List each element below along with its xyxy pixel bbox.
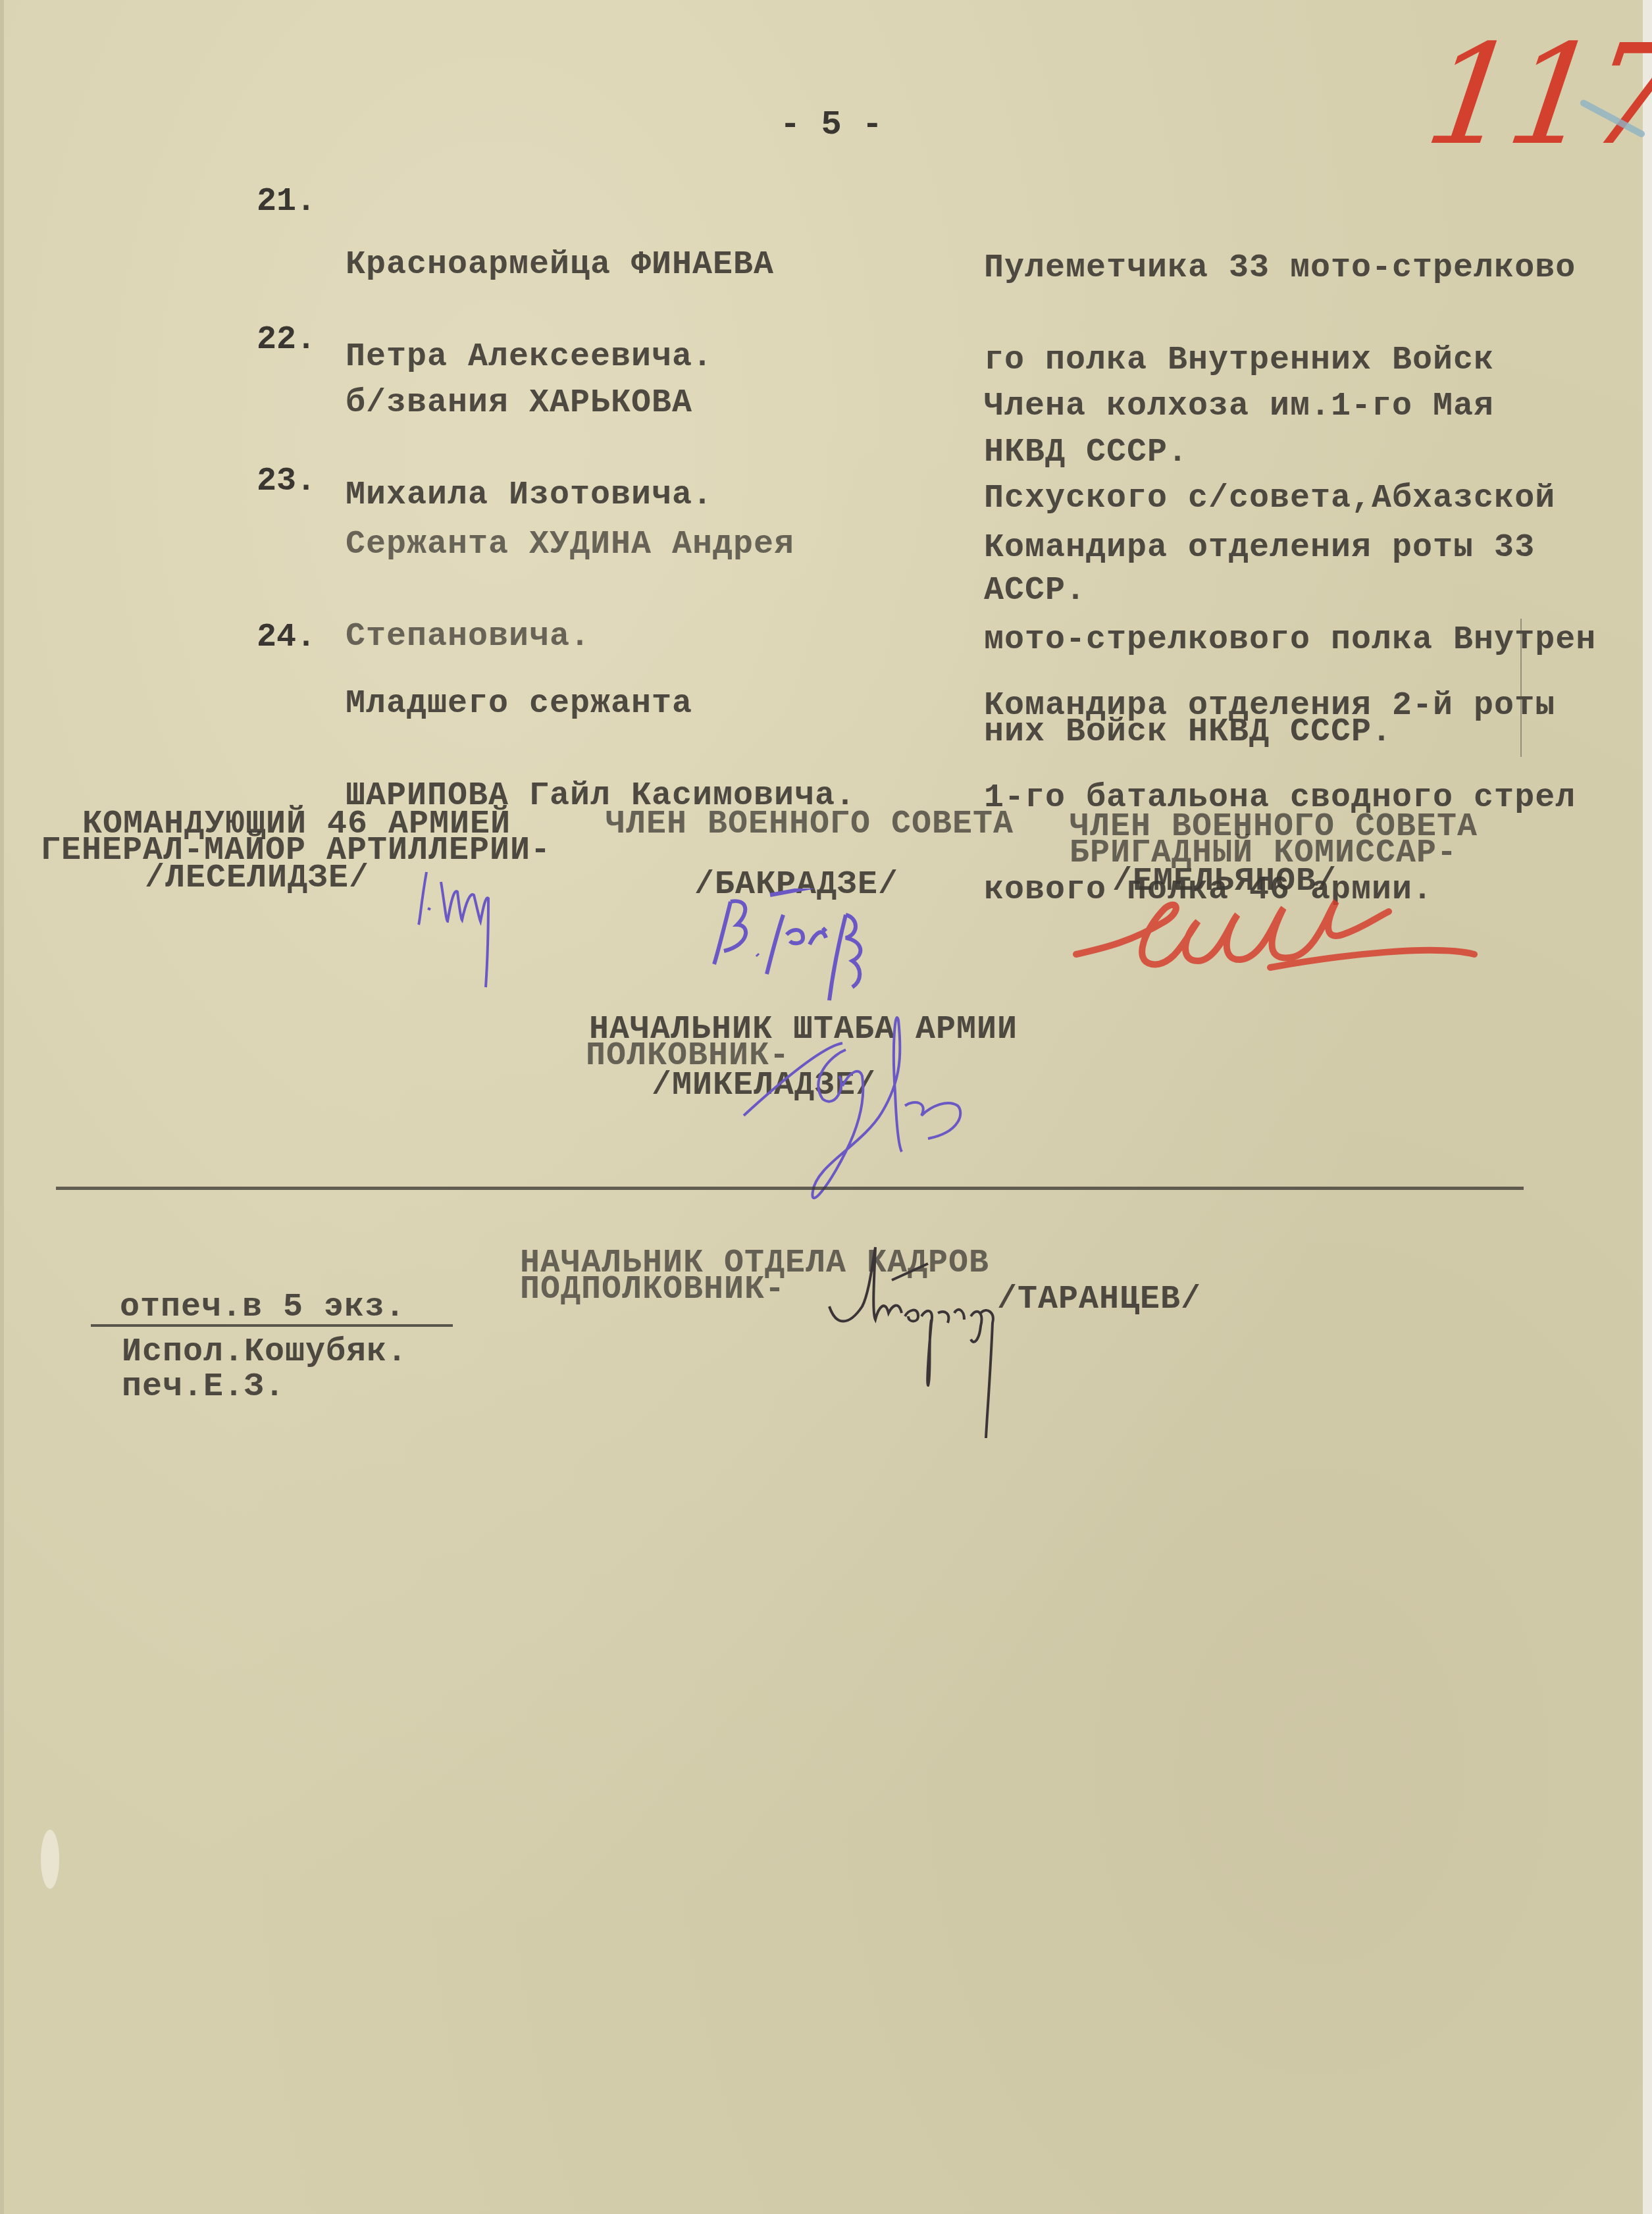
personnel-chief-name: /ТАРАНЦЕВ/ [997,1283,1201,1316]
typist-note: печ.Е.З. [122,1371,285,1404]
item-number: 23. [257,463,316,500]
archive-sheet-number: 117 [1418,26,1652,165]
copies-underline [91,1324,453,1327]
item-number: 22. [257,321,316,359]
commander-signature [415,862,553,1000]
council-member-2-signature [1066,882,1566,987]
item-name-line: Красноармейца ФИНАЕВА [346,249,774,275]
item-desc-line: Пулеметчика 33 мото-стрелково [984,252,1576,278]
item-desc-line: Члена колхоза им.1-го Мая [984,390,1555,417]
paper-crease [1520,619,1522,757]
council-member-1-signature [711,888,921,1007]
item-number: 24. [257,619,316,656]
section-divider [56,1187,1524,1190]
item-desc-line: Командира отделения 2-й роты [984,690,1576,716]
executor-note: Испол.Кошубяк. [122,1336,407,1369]
binding-hole [41,1830,59,1889]
copies-note: отпеч.в 5 экз. [120,1291,405,1324]
item-name-line: б/звания ХАРЬКОВА [346,387,713,413]
item-name-line: Сержанта ХУДИНА Андрея [346,528,794,555]
chief-of-staff-signature [731,994,1020,1218]
page-left-edge [0,0,4,2214]
page-number: - 5 - [780,105,883,144]
item-desc-line: 1-го батальона сводного стрел [984,782,1576,808]
item-name-line: ШАРИПОВА Гайл Касимовича. [346,780,856,806]
council-member-1-title: ЧЛЕН ВОЕННОГО СОВЕТА [606,808,1014,841]
page-right-edge [1643,0,1652,2214]
commander-name: /ЛЕСЕЛИДЗЕ/ [145,862,369,895]
personnel-chief-rank: ПОДПОЛКОВНИК- [520,1274,785,1306]
item-name-line: Младшего сержанта [346,688,856,714]
item-number: 21. [257,183,316,220]
personnel-chief-signature [823,1241,1007,1445]
item-desc-line: Командира отделения роты 33 [984,532,1596,558]
